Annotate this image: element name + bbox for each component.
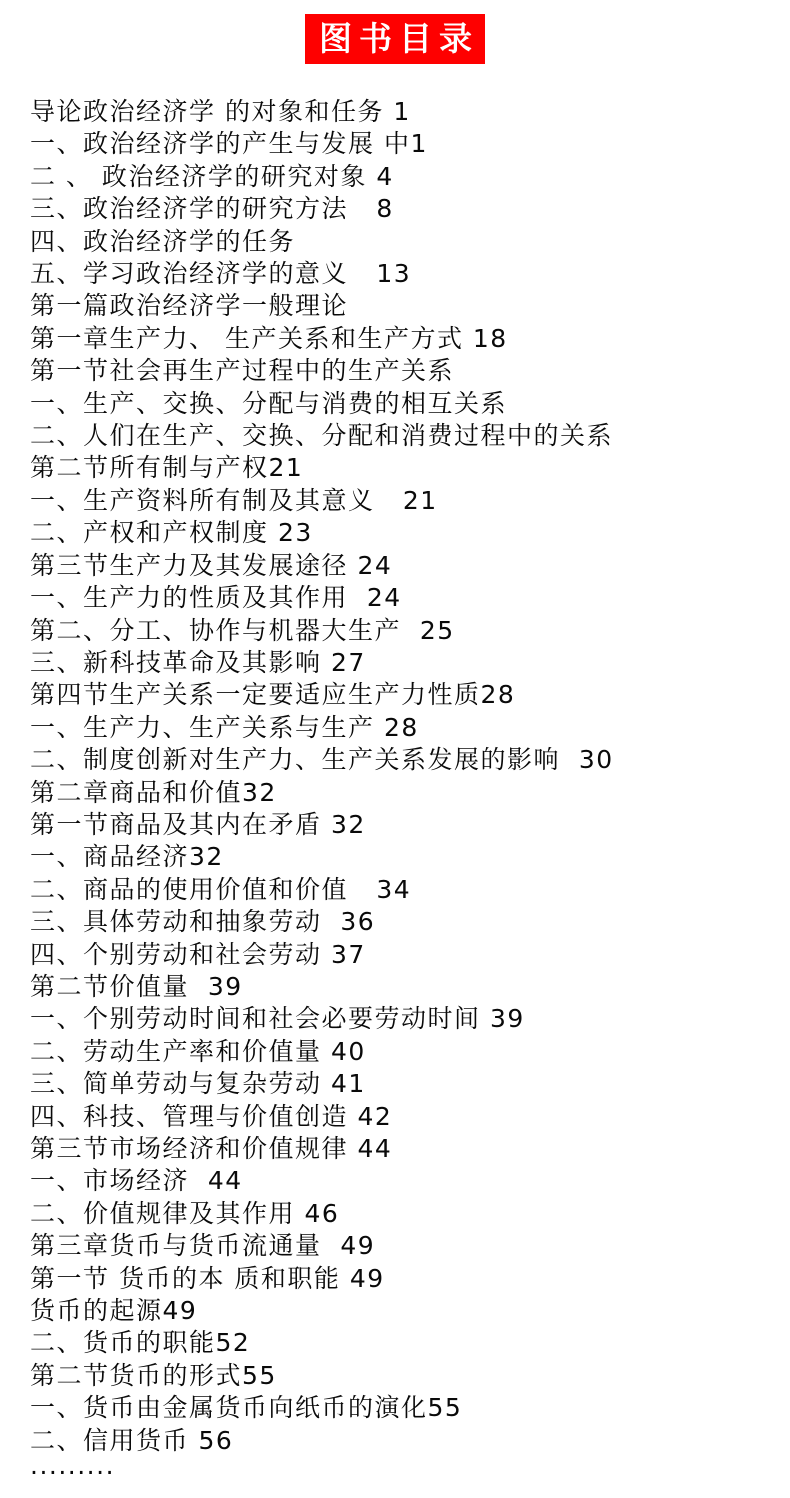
toc-entry: 第二节所有制与产权21 xyxy=(30,452,780,484)
toc-entry: 一、生产力、生产关系与生产 28 xyxy=(30,712,780,744)
toc-entry: 二 、 政治经济学的研究对象 4 xyxy=(30,161,780,193)
toc-entry: 二、价值规律及其作用 46 xyxy=(30,1198,780,1230)
toc-entry: 四、政治经济学的任务 xyxy=(30,226,780,258)
toc-entry: 第一篇政治经济学一般理论 xyxy=(30,290,780,322)
book-toc-title-badge: 图书目录 xyxy=(305,14,485,64)
toc-entry: 第三节市场经济和价值规律 44 xyxy=(30,1133,780,1165)
header-row: 图书目录 xyxy=(0,0,790,64)
toc-entry: 货币的起源49 xyxy=(30,1295,780,1327)
toc-entry: 三、具体劳动和抽象劳动 36 xyxy=(30,906,780,938)
toc-entry: 二、制度创新对生产力、生产关系发展的影响 30 xyxy=(30,744,780,776)
toc-entry: 第四节生产关系一定要适应生产力性质28 xyxy=(30,679,780,711)
toc-entry: 第一章生产力、 生产关系和生产方式 18 xyxy=(30,323,780,355)
toc-entry: 第二节价值量 39 xyxy=(30,971,780,1003)
toc-entry: 一、生产、交换、分配与消费的相互关系 xyxy=(30,388,780,420)
toc-entry: 第二章商品和价值32 xyxy=(30,777,780,809)
toc-entry: 第三章货币与货币流通量 49 xyxy=(30,1230,780,1262)
toc-list: 导论政治经济学 的对象和任务 1一、政治经济学的产生与发展 中1二 、 政治经济… xyxy=(0,64,790,1489)
toc-entry: ········· xyxy=(30,1457,780,1489)
toc-entry: 二、人们在生产、交换、分配和消费过程中的关系 xyxy=(30,420,780,452)
toc-entry: 第二、分工、协作与机器大生产 25 xyxy=(30,615,780,647)
toc-entry: 第一节商品及其内在矛盾 32 xyxy=(30,809,780,841)
toc-entry: 二、信用货币 56 xyxy=(30,1425,780,1457)
toc-entry: 一、生产资料所有制及其意义 21 xyxy=(30,485,780,517)
toc-entry: 一、政治经济学的产生与发展 中1 xyxy=(30,128,780,160)
toc-entry: 四、科技、管理与价值创造 42 xyxy=(30,1101,780,1133)
toc-entry: 二、产权和产权制度 23 xyxy=(30,517,780,549)
toc-entry: 二、劳动生产率和价值量 40 xyxy=(30,1036,780,1068)
toc-entry: 一、商品经济32 xyxy=(30,841,780,873)
toc-entry: 第二节货币的形式55 xyxy=(30,1360,780,1392)
toc-entry: 四、个别劳动和社会劳动 37 xyxy=(30,939,780,971)
toc-entry: 导论政治经济学 的对象和任务 1 xyxy=(30,96,780,128)
toc-entry: 三、简单劳动与复杂劳动 41 xyxy=(30,1068,780,1100)
toc-entry: 一、生产力的性质及其作用 24 xyxy=(30,582,780,614)
toc-entry: 一、市场经济 44 xyxy=(30,1165,780,1197)
toc-entry: 五、学习政治经济学的意义 13 xyxy=(30,258,780,290)
toc-entry: 三、政治经济学的研究方法 8 xyxy=(30,193,780,225)
toc-entry: 二、货币的职能52 xyxy=(30,1327,780,1359)
toc-entry: 三、新科技革命及其影响 27 xyxy=(30,647,780,679)
toc-entry: 一、货币由金属货币向纸币的演化55 xyxy=(30,1392,780,1424)
toc-entry: 第一节 货币的本 质和职能 49 xyxy=(30,1263,780,1295)
toc-entry: 第三节生产力及其发展途径 24 xyxy=(30,550,780,582)
toc-entry: 一、个别劳动时间和社会必要劳动时间 39 xyxy=(30,1003,780,1035)
toc-entry: 二、商品的使用价值和价值 34 xyxy=(30,874,780,906)
toc-entry: 第一节社会再生产过程中的生产关系 xyxy=(30,355,780,387)
